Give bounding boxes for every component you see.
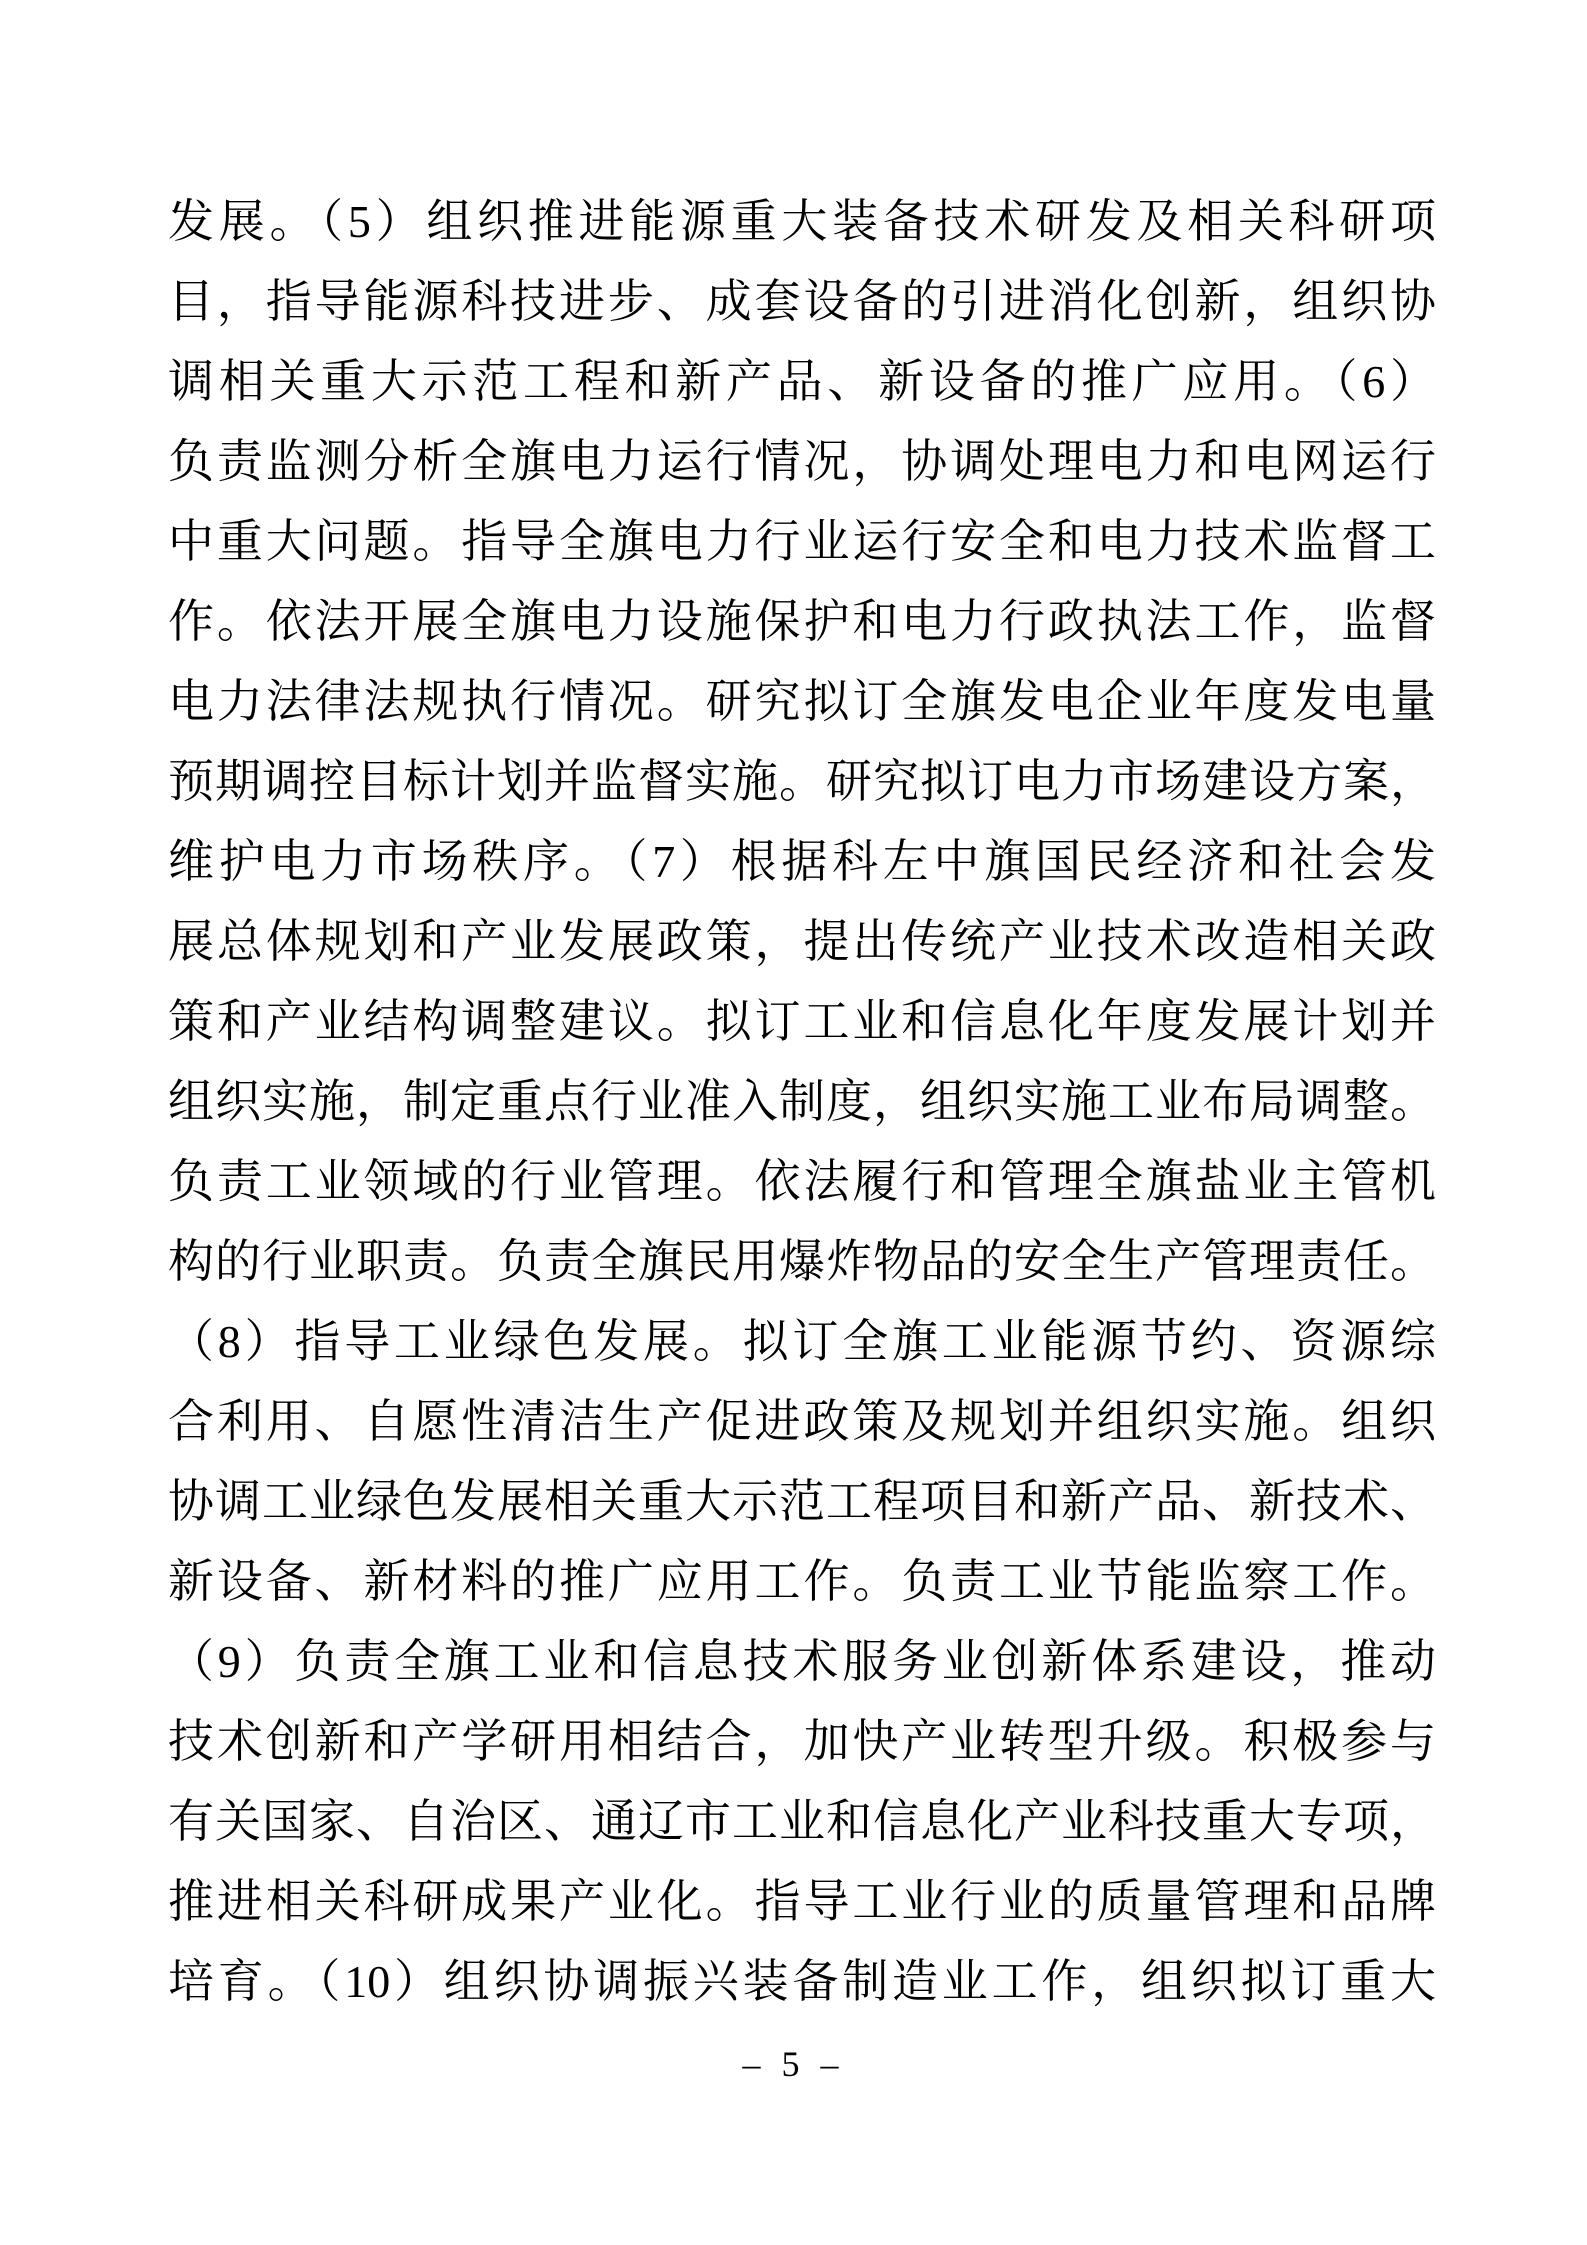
text-line: 组织实施，制定重点行业准入制度，组织实施工业布局调整。	[168, 1062, 1436, 1142]
text-line: 展总体规划和产业发展政策，提出传统产业技术改造相关政	[168, 902, 1436, 982]
text-line: 中重大问题。指导全旗电力行业运行安全和电力技术监督工	[168, 502, 1436, 582]
text-line: 维护电力市场秩序。（7）根据科左中旗国民经济和社会发	[168, 822, 1436, 902]
text-line: 技术创新和产学研用相结合，加快产业转型升级。积极参与	[168, 1702, 1436, 1782]
document-page: 发展。（5）组织推进能源重大装备技术研发及相关科研项目，指导能源科技进步、成套设…	[0, 0, 1587, 2245]
text-line: 协调工业绿色发展相关重大示范工程项目和新产品、新技术、	[168, 1462, 1436, 1542]
document-body: 发展。（5）组织推进能源重大装备技术研发及相关科研项目，指导能源科技进步、成套设…	[168, 182, 1436, 2022]
text-line: 作。依法开展全旗电力设施保护和电力行政执法工作，监督	[168, 582, 1436, 662]
text-line: 构的行业职责。负责全旗民用爆炸物品的安全生产管理责任。	[168, 1222, 1436, 1302]
text-line: 电力法律法规执行情况。研究拟订全旗发电企业年度发电量	[168, 662, 1436, 742]
text-line: 新设备、新材料的推广应用工作。负责工业节能监察工作。	[168, 1542, 1436, 1622]
text-line: 发展。（5）组织推进能源重大装备技术研发及相关科研项	[168, 182, 1436, 262]
text-line: 负责监测分析全旗电力运行情况，协调处理电力和电网运行	[168, 422, 1436, 502]
text-line: 有关国家、自治区、通辽市工业和信息化产业科技重大专项，	[168, 1782, 1436, 1862]
text-line: 负责工业领域的行业管理。依法履行和管理全旗盐业主管机	[168, 1142, 1436, 1222]
text-line: 推进相关科研成果产业化。指导工业行业的质量管理和品牌	[168, 1862, 1436, 1942]
text-line: 培育。（10）组织协调振兴装备制造业工作，组织拟订重大	[168, 1942, 1436, 2022]
text-line: （8）指导工业绿色发展。拟订全旗工业能源节约、资源综	[168, 1302, 1436, 1382]
text-line: 策和产业结构调整建议。拟订工业和信息化年度发展计划并	[168, 982, 1436, 1062]
text-line: （9）负责全旗工业和信息技术服务业创新体系建设，推动	[168, 1622, 1436, 1702]
text-line: 合利用、自愿性清洁生产促进政策及规划并组织实施。组织	[168, 1382, 1436, 1462]
text-line: 调相关重大示范工程和新产品、新设备的推广应用。（6）	[168, 342, 1436, 422]
text-line: 预期调控目标计划并监督实施。研究拟订电力市场建设方案，	[168, 742, 1436, 822]
page-number: – 5 –	[0, 2042, 1587, 2086]
text-line: 目，指导能源科技进步、成套设备的引进消化创新，组织协	[168, 262, 1436, 342]
